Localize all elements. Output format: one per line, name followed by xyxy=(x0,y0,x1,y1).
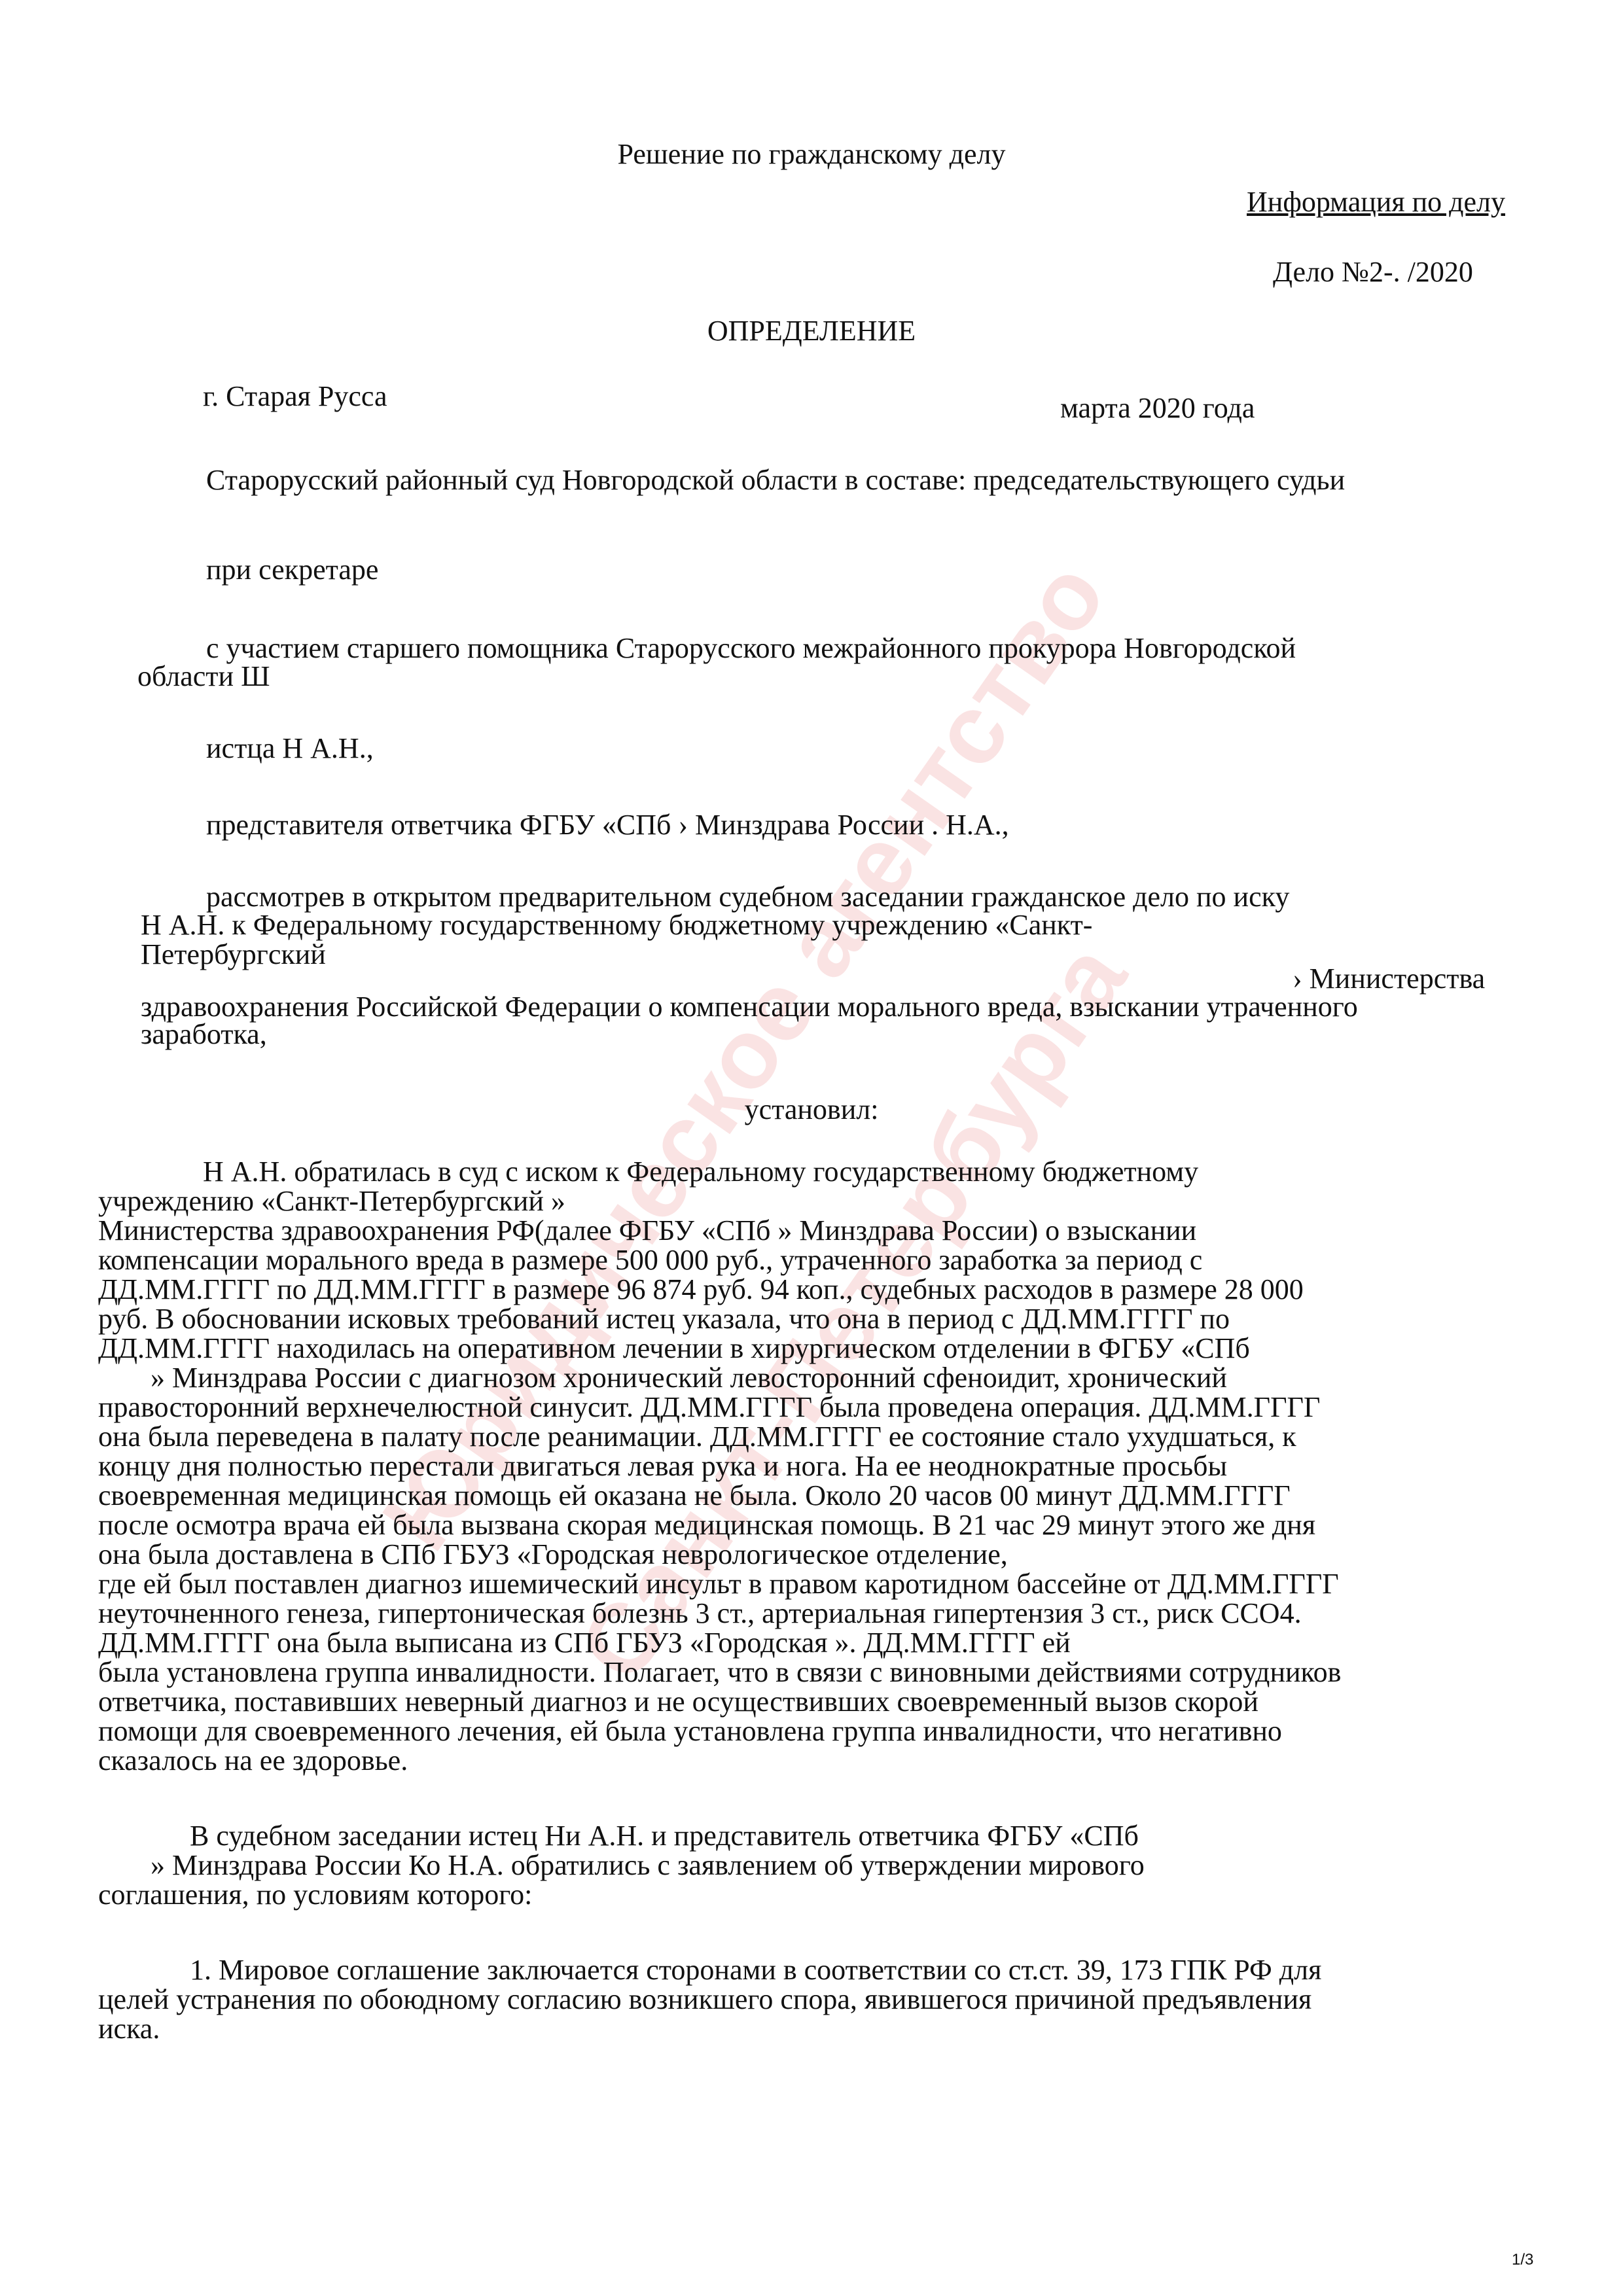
body-line: Н А.Н. обратилась в суд с иском к Федера… xyxy=(203,1155,1198,1188)
doc-type: ОПРЕДЕЛЕНИЕ xyxy=(0,314,1623,347)
body-line: где ей был поставлен диагноз ишемический… xyxy=(98,1567,1339,1600)
intro-line: при секретаре xyxy=(206,553,378,586)
body-line: правосторонний верхнечелюстной синусит. … xyxy=(98,1390,1320,1424)
session-line: В судебном заседании истец Ни А.Н. и пре… xyxy=(190,1819,1139,1852)
body-line: ДД.ММ.ГГГГ находилась на оперативном леч… xyxy=(98,1332,1250,1365)
clause-line: 1. Мировое соглашение заключается сторон… xyxy=(190,1953,1321,1987)
established-heading: установил: xyxy=(0,1093,1623,1126)
intro-line: здравоохранения Российской Федерации о к… xyxy=(141,990,1358,1023)
body-line: учреждению «Санкт-Петербургский » xyxy=(98,1184,565,1218)
body-line: концу дня полностью перестали двигаться … xyxy=(98,1449,1227,1483)
body-line: ДД.ММ.ГГГГ она была выписана из СПб ГБУЗ… xyxy=(98,1626,1071,1659)
intro-line: Петербургский xyxy=(141,938,326,971)
date: марта 2020 года xyxy=(1060,391,1255,425)
body-line: после осмотра врача ей была вызвана скор… xyxy=(98,1508,1315,1542)
doc-title: Решение по гражданскому делу xyxy=(0,137,1623,171)
case-info-link[interactable]: Информация по делу xyxy=(1247,185,1505,219)
body-line: руб. В обосновании исковых требований ис… xyxy=(98,1302,1230,1335)
intro-line: Н А.Н. к Федеральному государственному б… xyxy=(141,908,1092,942)
page-number: 1/3 xyxy=(1512,2251,1533,2269)
intro-line: заработка, xyxy=(141,1017,267,1051)
body-line: Министерства здравоохранения РФ(далее ФГ… xyxy=(98,1214,1196,1247)
body-line: была установлена группа инвалидности. По… xyxy=(98,1655,1341,1689)
body-line: своевременная медицинская помощь ей оказ… xyxy=(98,1479,1291,1512)
intro-line: Старорусский районный суд Новгородской о… xyxy=(206,463,1345,497)
body-line: она была доставлена в СПб ГБУЗ «Городска… xyxy=(98,1538,1008,1571)
body-line: неуточненного генеза, гипертоническая бо… xyxy=(98,1597,1302,1630)
body-line: компенсации морального вреда в размере 5… xyxy=(98,1243,1202,1277)
body-line: » Минздрава России с диагнозом хроническ… xyxy=(151,1361,1227,1394)
body-line: она была переведена в палату после реани… xyxy=(98,1420,1296,1453)
intro-line: с участием старшего помощника Старорусск… xyxy=(206,631,1296,665)
body-line: ДД.ММ.ГГГГ по ДД.ММ.ГГГГ в размере 96 87… xyxy=(98,1273,1304,1306)
intro-line: истца Н А.Н., xyxy=(206,732,374,765)
intro-line: представителя ответчика ФГБУ «СПб › Минз… xyxy=(206,808,1009,841)
session-line: соглашения, по условиям которого: xyxy=(98,1878,532,1911)
body-line: ответчика, поставивших неверный диагноз … xyxy=(98,1685,1258,1718)
body-line: помощи для своевременного лечения, ей бы… xyxy=(98,1714,1282,1748)
clause-line: иска. xyxy=(98,2012,160,2045)
intro-line: области Ш xyxy=(137,660,270,693)
body-line: сказалось на ее здоровье. xyxy=(98,1744,408,1777)
case-number: Дело №2-. /2020 xyxy=(1273,255,1473,289)
session-line: » Минздрава России Ко Н.А. обратились с … xyxy=(151,1848,1145,1882)
city: г. Старая Русса xyxy=(203,380,387,413)
clause-line: целей устранения по обоюдному согласию в… xyxy=(98,1983,1311,2016)
